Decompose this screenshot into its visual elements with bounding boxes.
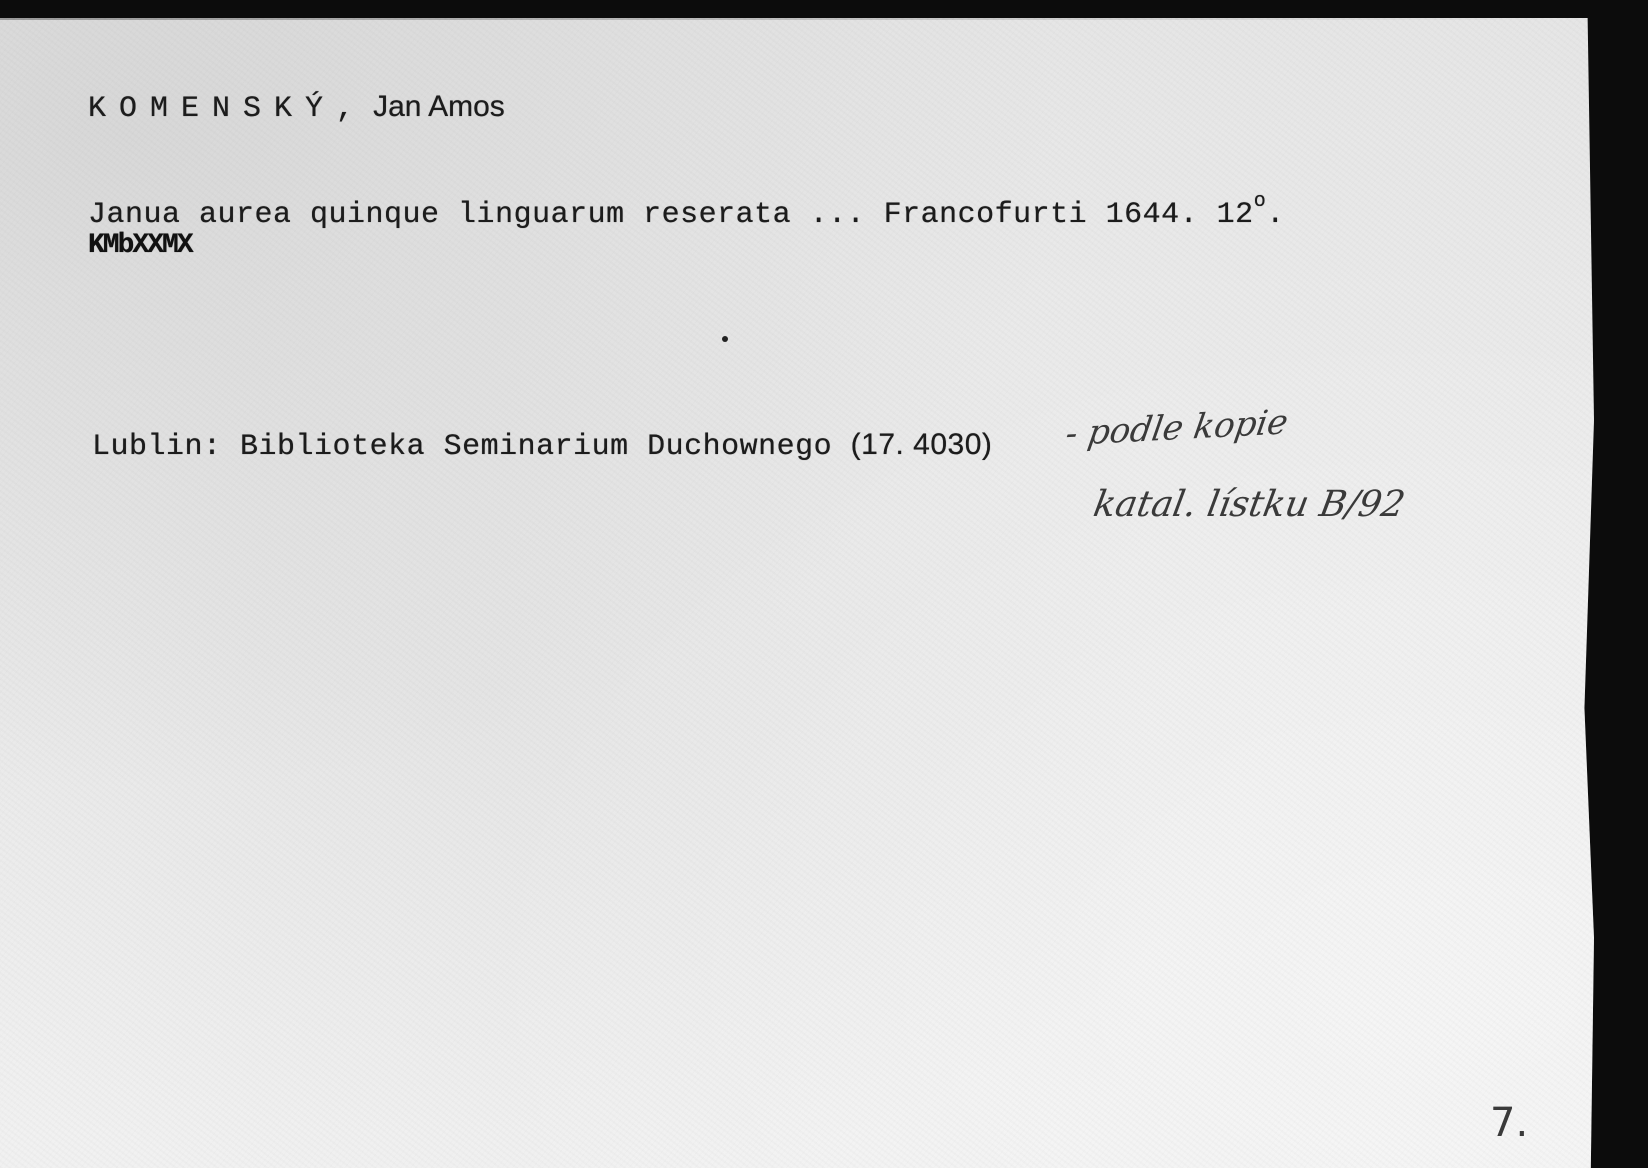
ink-speck	[722, 336, 728, 342]
location-city: Lublin:	[92, 430, 222, 464]
location-shelfmark: (17. 4030)	[851, 428, 993, 461]
author-heading: KOMENSKÝ, Jan Amos	[88, 90, 505, 126]
card-top-edge	[0, 18, 1594, 20]
author-given-names: Jan Amos	[373, 90, 505, 123]
handwritten-card-number: 7.	[1490, 1100, 1528, 1146]
handwritten-note-line-1: - podle kopie	[1063, 402, 1291, 454]
title-imprint-text: Janua aurea quinque linguarum reserata .…	[88, 198, 1254, 232]
title-trailing-period: .	[1266, 198, 1285, 232]
author-surname: KOMENSKÝ	[88, 92, 336, 126]
title-imprint-line: Janua aurea quinque linguarum reserata .…	[88, 190, 1285, 232]
catalog-card: KOMENSKÝ, Jan Amos Janua aurea quinque l…	[0, 18, 1594, 1168]
holding-location-line: Lublin: Biblioteka Seminarium Duchownego…	[92, 428, 992, 464]
author-separator: ,	[336, 92, 355, 126]
struck-out-text: KMbXXMX	[88, 230, 192, 261]
handwritten-note-line-2: katal. lístku B/92	[1090, 484, 1408, 525]
location-library: Biblioteka Seminarium Duchownego	[240, 430, 832, 464]
format-degree-mark: o	[1254, 190, 1267, 213]
scanned-catalog-card: KOMENSKÝ, Jan Amos Janua aurea quinque l…	[0, 0, 1648, 1168]
